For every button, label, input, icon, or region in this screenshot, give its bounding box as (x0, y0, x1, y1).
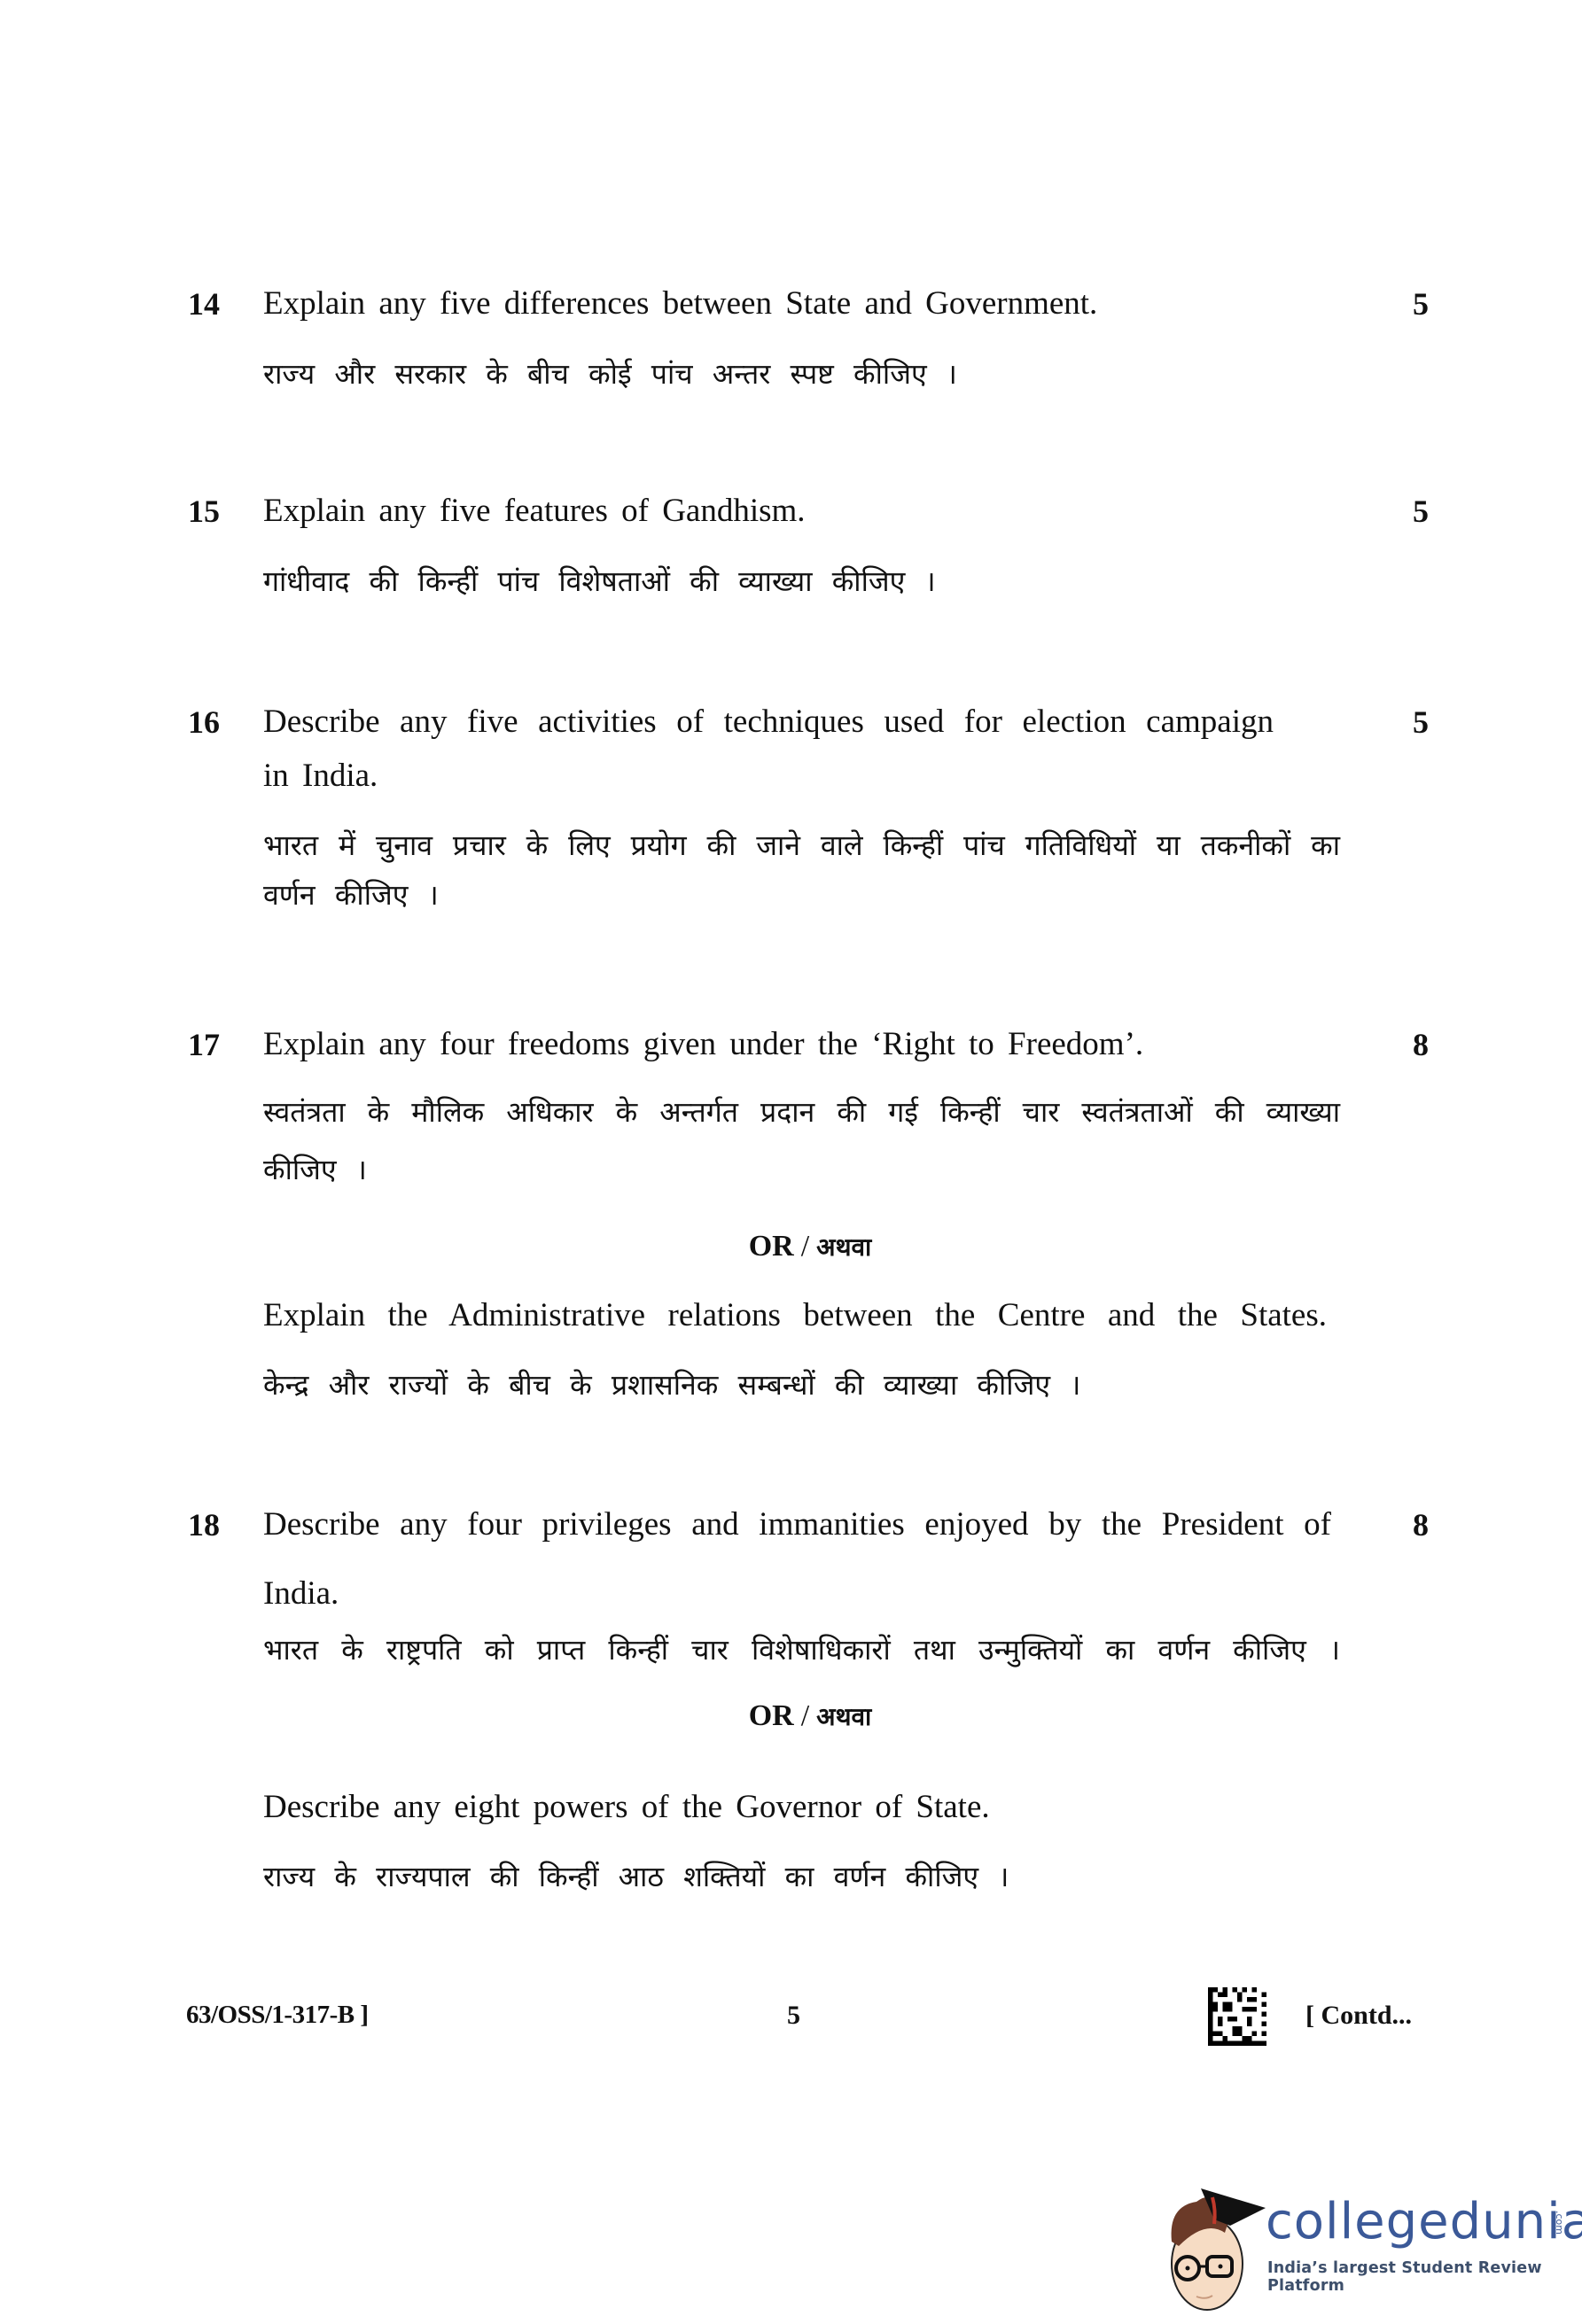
question-text-hi: भारत के राष्ट्रपति को प्राप्त किन्हीं चा… (263, 1634, 1340, 1666)
brand-suffix: .com (1554, 2211, 1565, 2235)
alt-question-text-en: Describe any eight powers of the Governo… (263, 1792, 990, 1823)
question-number: 16 (188, 706, 220, 738)
question-text-hi: स्वतंत्रता के मौलिक अधिकार के अन्तर्गत प… (263, 1096, 1340, 1128)
question-number: 14 (188, 288, 220, 320)
datamatrix-code-icon (1208, 1987, 1266, 2046)
question-marks: 8 (1413, 1029, 1429, 1061)
question-text-en: Explain any four freedoms given under th… (263, 1029, 1143, 1061)
continued-label: [ Contd... (1305, 2001, 1412, 2031)
or-label-en: OR (749, 1699, 794, 1732)
brand-name: collegedunia (1266, 2196, 1582, 2249)
question-text-en-cont: India. (263, 1578, 339, 1610)
or-divider: OR / अथवा (0, 1701, 1582, 1731)
alt-question-text-hi: राज्य के राज्यपाल की किन्हीं आठ शक्तियों… (263, 1861, 1009, 1893)
question-text-en: Describe any five activities of techniqu… (263, 706, 1274, 738)
question-marks: 5 (1413, 495, 1429, 527)
question-text-en: Explain any five features of Gandhism. (263, 495, 806, 527)
or-separator: / (801, 1230, 809, 1263)
collegedunia-logo: collegedunia .com India’s largest Studen… (1161, 2171, 1582, 2321)
question-text-hi: भारत में चुनाव प्रचार के लिए प्रयोग की ज… (263, 829, 1340, 861)
question-number: 15 (188, 495, 220, 527)
alt-question-text-hi: केन्द्र और राज्यों के बीच के प्रशासनिक स… (263, 1369, 1080, 1401)
question-text-hi: गांधीवाद की किन्हीं पांच विशेषताओं की व्… (263, 565, 936, 597)
question-marks: 8 (1413, 1509, 1429, 1541)
question-marks: 5 (1413, 706, 1429, 738)
or-label-hi: अथवा (816, 1232, 871, 1262)
alt-question-text-en: Explain the Administrative relations bet… (263, 1300, 1327, 1332)
question-text-en: Explain any five differences between Sta… (263, 288, 1097, 320)
or-label-en: OR (749, 1230, 794, 1263)
page-number: 5 (787, 2001, 800, 2031)
student-graduate-cap-icon (1161, 2171, 1267, 2321)
question-text-hi-cont: वर्णन कीजिए । (263, 879, 439, 911)
question-number: 17 (188, 1029, 220, 1061)
brand-tagline: India’s largest Student Review Platform (1267, 2259, 1582, 2295)
question-number: 18 (188, 1509, 220, 1541)
question-text-en: Describe any four privileges and immanit… (263, 1509, 1331, 1541)
or-label-hi: अथवा (816, 1702, 871, 1731)
question-marks: 5 (1413, 288, 1429, 320)
paper-code: 63/OSS/1-317-B ] (186, 2001, 369, 2030)
question-text-en-cont: in India. (263, 760, 378, 792)
question-text-hi: राज्य और सरकार के बीच कोई पांच अन्तर स्प… (263, 358, 957, 390)
question-text-hi-cont: कीजिए । (263, 1154, 367, 1185)
or-divider: OR / अथवा (0, 1232, 1582, 1262)
or-separator: / (801, 1699, 809, 1732)
